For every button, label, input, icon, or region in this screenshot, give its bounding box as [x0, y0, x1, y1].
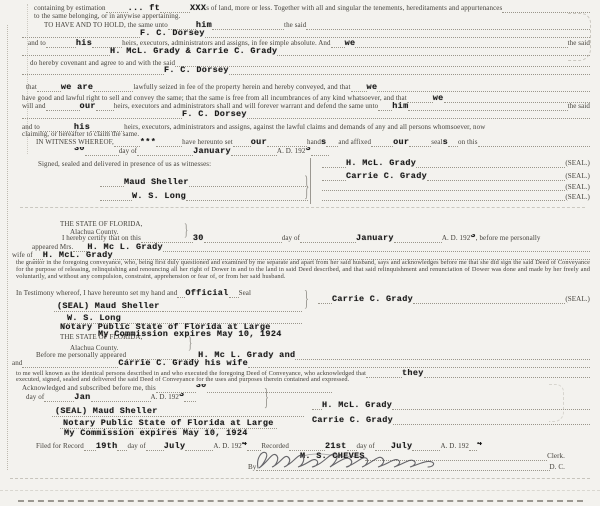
- deed-line-witness-whereof: IN WITNESS WHEREOF, *** have hereunto se…: [22, 138, 590, 147]
- dotted-leader: [146, 448, 164, 451]
- form-text: THE STATE OF FLORIDA,: [60, 220, 142, 228]
- notary-seal-signature-2: (SEAL) Maud Sheller: [52, 407, 304, 417]
- dotted-leader: [184, 399, 196, 402]
- grantor-ack-signature-row: Carrie C. Grady: [312, 416, 590, 425]
- dotted-leader: [322, 178, 346, 181]
- typed-entry: Maud Sheller: [124, 178, 189, 187]
- form-text: and: [12, 359, 22, 367]
- form-text: IN WITNESS WHEREOF,: [36, 138, 114, 146]
- typed-entry: Carrie C. Grady: [332, 295, 413, 304]
- typed-entry: 21st: [325, 442, 347, 451]
- state-heading: THE STATE OF FLORIDA,: [12, 220, 590, 228]
- typed-entry: Carrie C. Grady: [346, 172, 427, 181]
- dotted-leader: [277, 53, 590, 56]
- typed-entry: ***: [140, 138, 156, 147]
- seal-label: (SEAL.): [565, 172, 590, 180]
- grantor-seal-row-empty: (SEAL.): [322, 193, 590, 201]
- form-text: have hereunto set: [182, 138, 233, 146]
- typed-entry: 30: [196, 384, 207, 390]
- seal-label: (SEAL.): [565, 295, 590, 303]
- deed-line-grantor-names: H. McL. Grady & Carrie C. Grady: [22, 47, 590, 56]
- typed-entry: H. McL. Grady: [346, 159, 416, 168]
- filing-section: Filed for Record 19th day of July A. D. …: [22, 440, 590, 490]
- typed-entry: 4: [242, 442, 247, 448]
- dotted-leader: [318, 301, 332, 304]
- dotted-leader: [322, 198, 565, 201]
- dotted-leader: [100, 184, 124, 187]
- witness-signature-row: W. S. Long: [100, 192, 308, 201]
- seal-label: (SEAL.): [565, 159, 590, 167]
- typed-entry: Carrie C. Grady: [312, 416, 393, 425]
- dotted-leader: [413, 301, 565, 304]
- dotted-leader: [248, 365, 590, 368]
- form-text: A. D. 192: [440, 442, 469, 450]
- dotted-leader: [347, 448, 357, 451]
- form-text: hand: [307, 138, 321, 146]
- dotted-leader: [427, 178, 565, 181]
- dotted-leader: [392, 407, 590, 410]
- dotted-leader: [229, 295, 239, 298]
- form-text: lawfully seized in fee of the property h…: [133, 83, 350, 91]
- filed-for-record-line: Filed for Record 19th day of July A. D. …: [22, 442, 590, 451]
- section-divider-line: [20, 207, 585, 208]
- form-text: TO HAVE AND TO HOLD, the same unto: [44, 21, 168, 29]
- deed-line-grantee-name: F. C. Dorsey: [22, 29, 590, 38]
- deed-body-section: containing by estimation ... ft XXX s of…: [22, 2, 590, 206]
- dotted-leader: [312, 407, 322, 410]
- typed-entry: 3: [470, 234, 475, 240]
- form-text: seal: [431, 138, 442, 146]
- typed-entry: 3: [305, 147, 310, 153]
- grantor-seal-row-empty: (SEAL.): [322, 183, 590, 191]
- typed-entry: 4: [477, 442, 482, 448]
- typed-entry: July: [391, 442, 413, 451]
- typed-entry: 19th: [96, 442, 118, 451]
- grantor-ack-signature-row: H. McL. Grady: [312, 401, 590, 410]
- form-text: heirs, executors, administrators and ass…: [122, 39, 331, 47]
- dotted-leader: [37, 89, 61, 92]
- form-text: and affixed: [338, 138, 371, 146]
- dotted-leader: [186, 198, 308, 201]
- dotted-leader: [231, 153, 277, 156]
- form-text: that: [26, 83, 37, 91]
- form-text: appeared Mrs.: [32, 243, 73, 251]
- form-text: Filed for Record: [36, 442, 84, 450]
- typed-entry: H. McL. Grady: [322, 401, 392, 410]
- dotted-leader: [322, 165, 346, 168]
- typed-entry: Official: [185, 289, 228, 298]
- seal-label: (SEAL.): [565, 183, 590, 191]
- dotted-leader: [163, 309, 302, 312]
- dotted-leader: [44, 399, 74, 402]
- dotted-leader: [85, 153, 119, 156]
- form-text: day of: [127, 442, 145, 450]
- form-text: Seal: [239, 289, 251, 297]
- clerk-line: M. S. CHEVES Clerk.: [22, 452, 565, 461]
- form-text: day of: [282, 234, 300, 242]
- dotted-leader: [189, 184, 308, 187]
- form-text: Before me personally appeared: [36, 351, 126, 359]
- deed-line-dorsey-3: F. C. Dorsey: [22, 110, 590, 119]
- form-text: day of: [26, 393, 44, 401]
- typed-entry: January: [356, 234, 394, 243]
- acknowledged-line: Acknowledged and subscribed before me, t…: [12, 384, 332, 393]
- day-of-line-2: day of Jan A. D. 192 3: [12, 393, 266, 402]
- dotted-leader: [22, 72, 164, 75]
- dotted-leader: [91, 399, 151, 402]
- typed-entry: January: [193, 147, 231, 156]
- dotted-leader: [377, 89, 590, 92]
- form-text: In Testimony whereof, I have hereunto se…: [16, 289, 177, 297]
- form-text: claiming, or hereafter to claim the same…: [22, 130, 139, 138]
- deed-line-dorsey-2: F. C. Dorsey: [22, 66, 590, 75]
- dower-release-signature-row: Carrie C. Grady (SEAL.): [318, 295, 590, 304]
- typed-entry: 30: [74, 147, 85, 153]
- deed-line-signed-sealed: Signed, sealed and delivered in presence…: [22, 160, 306, 168]
- form-text: on this: [458, 138, 478, 146]
- grantor-seal-row: H. McL. Grady (SEAL.): [322, 159, 590, 168]
- dotted-leader: [393, 422, 590, 425]
- form-text: Acknowledged and subscribed before me, t…: [22, 384, 156, 392]
- form-text: to the same belonging, or in anywise app…: [34, 12, 180, 20]
- form-text: day of: [119, 147, 137, 155]
- dotted-leader: [375, 448, 391, 451]
- deed-line-belonging: to the same belonging, or in anywise app…: [22, 12, 590, 20]
- form-text: the said: [568, 102, 590, 110]
- dotted-leader: [22, 365, 118, 368]
- form-text: will and: [22, 102, 46, 110]
- executed-line: executed, signed, sealed and delivered t…: [12, 376, 590, 383]
- deputy-clerk-line: By D. C.: [22, 463, 565, 471]
- dotted-leader: [247, 116, 590, 119]
- dotted-leader: [137, 153, 193, 156]
- form-text: heirs, executors and administrators shal…: [114, 102, 379, 110]
- dotted-leader: [478, 144, 590, 147]
- dotted-leader: [351, 89, 367, 92]
- dotted-leader: [289, 448, 325, 451]
- dotted-leader: [84, 448, 96, 451]
- dotted-leader: [365, 458, 547, 461]
- form-text: and to: [28, 39, 46, 47]
- form-text: have good and lawful right to sell and c…: [22, 94, 407, 102]
- form-text: containing by estimation: [34, 4, 106, 12]
- form-text: s of land, more or less. Together with a…: [206, 4, 502, 12]
- dotted-leader: [256, 468, 549, 471]
- deed-line-date: 30 day of January A. D. 192 3: [22, 147, 440, 156]
- typed-entry: F. C. Dorsey: [140, 29, 205, 38]
- deed-line-claiming: claiming, or hereafter to claim the same…: [22, 130, 590, 138]
- typed-entry: F. C. Dorsey: [182, 110, 247, 119]
- typed-entry: M. S. CHEVES: [300, 452, 365, 461]
- testimony-line: In Testimony whereof, I have hereunto se…: [12, 289, 302, 298]
- binding-perforation-line: [7, 25, 8, 470]
- form-text: A. D. 192: [213, 442, 242, 450]
- dotted-leader: [22, 35, 140, 38]
- typed-entry: H. McL. Grady & Carrie C. Grady: [110, 47, 277, 56]
- witness-bracket: [310, 158, 311, 204]
- typed-entry: we are: [61, 83, 93, 92]
- typed-entry: 30: [193, 234, 204, 243]
- deputy-clerk-label: D. C.: [550, 463, 565, 471]
- testimony-brace: }: [304, 288, 309, 312]
- by-label: By: [248, 463, 256, 471]
- and-wife-line: and Carrie C. Grady his wife: [12, 359, 590, 368]
- form-text: executed, signed, sealed and delivered t…: [16, 376, 349, 383]
- dotted-leader: [22, 53, 110, 56]
- dotted-leader: [161, 414, 304, 417]
- typed-entry: we: [367, 83, 378, 92]
- dotted-leader: [229, 72, 590, 75]
- scanned-deed-page: containing by estimation ... ft XXX s of…: [0, 0, 600, 506]
- typed-entry: My Commission expires May 10, 1924: [64, 429, 248, 438]
- dotted-leader: [247, 448, 261, 451]
- deed-line-seized: that we are lawfully seized in fee of th…: [22, 83, 590, 92]
- certify-line: I hereby certify that on this 30 day of …: [12, 234, 590, 243]
- typed-entry: Carrie C. Grady his wife: [118, 359, 248, 368]
- typed-entry: 3: [179, 393, 184, 399]
- form-text: A. D. 192: [442, 234, 471, 242]
- typed-entry: our: [251, 138, 267, 147]
- form-text: day of: [357, 442, 375, 450]
- form-text: wife of: [12, 251, 33, 259]
- form-text: the said: [284, 21, 306, 29]
- dotted-leader: [448, 144, 458, 147]
- typed-entry: F. C. Dorsey: [164, 66, 229, 75]
- dotted-leader: [205, 35, 590, 38]
- next-page-edge-line: [18, 500, 583, 502]
- typed-entry: our: [393, 138, 409, 147]
- dotted-leader: [311, 153, 329, 156]
- dower-fine-print: the grantor in the foregoing conveyance,…: [12, 259, 590, 287]
- dotted-leader: [322, 188, 565, 191]
- deed-acknowledgment-section: THE STATE OF FLORIDA, My Commission expi…: [12, 330, 590, 440]
- form-text: A. D. 192: [151, 393, 180, 401]
- page-bottom-rule-2: [0, 490, 600, 491]
- typed-entry: July: [164, 442, 186, 451]
- dotted-leader: [185, 448, 213, 451]
- seal-label: (SEAL.): [565, 193, 590, 201]
- typed-entry: W. S. Long: [132, 192, 186, 201]
- form-text: Signed, sealed and delivered in presence…: [38, 160, 211, 168]
- dotted-leader: [93, 89, 133, 92]
- form-text: the said: [568, 39, 590, 47]
- notary-seal-signature: (SEAL) Maud Sheller: [54, 302, 302, 312]
- typed-entry: (SEAL) Maud Sheller: [54, 302, 163, 312]
- dotted-leader: [412, 448, 440, 451]
- witness-signature-row: Maud Sheller: [100, 178, 308, 187]
- form-text: the grantor in the foregoing conveyance,…: [16, 259, 590, 280]
- dower-acknowledgment-section: THE STATE OF FLORIDA, } Alachua County. …: [12, 218, 590, 330]
- dotted-leader: [117, 448, 127, 451]
- form-text: Recorded: [261, 442, 289, 450]
- grantor-seal-row: Carrie C. Grady (SEAL.): [322, 172, 590, 181]
- dotted-leader: [100, 198, 132, 201]
- clerk-label: Clerk.: [547, 452, 565, 460]
- form-text: A. D. 192: [277, 147, 306, 155]
- dotted-leader: [416, 165, 565, 168]
- dotted-leader: [469, 448, 477, 451]
- form-text: , before me personally: [476, 234, 541, 242]
- commission-expiry-line-2: My Commission expires May 10, 1924: [64, 429, 248, 438]
- typed-entry: Notary Public State of Florida at Large: [60, 419, 277, 429]
- dotted-leader: [22, 116, 182, 119]
- typed-entry: Jan: [74, 393, 90, 402]
- typed-entry: (SEAL) Maud Sheller: [52, 407, 161, 417]
- notary-title-line-2: Notary Public State of Florida at Large: [60, 419, 277, 429]
- form-text: I hereby certify that on this: [62, 234, 141, 242]
